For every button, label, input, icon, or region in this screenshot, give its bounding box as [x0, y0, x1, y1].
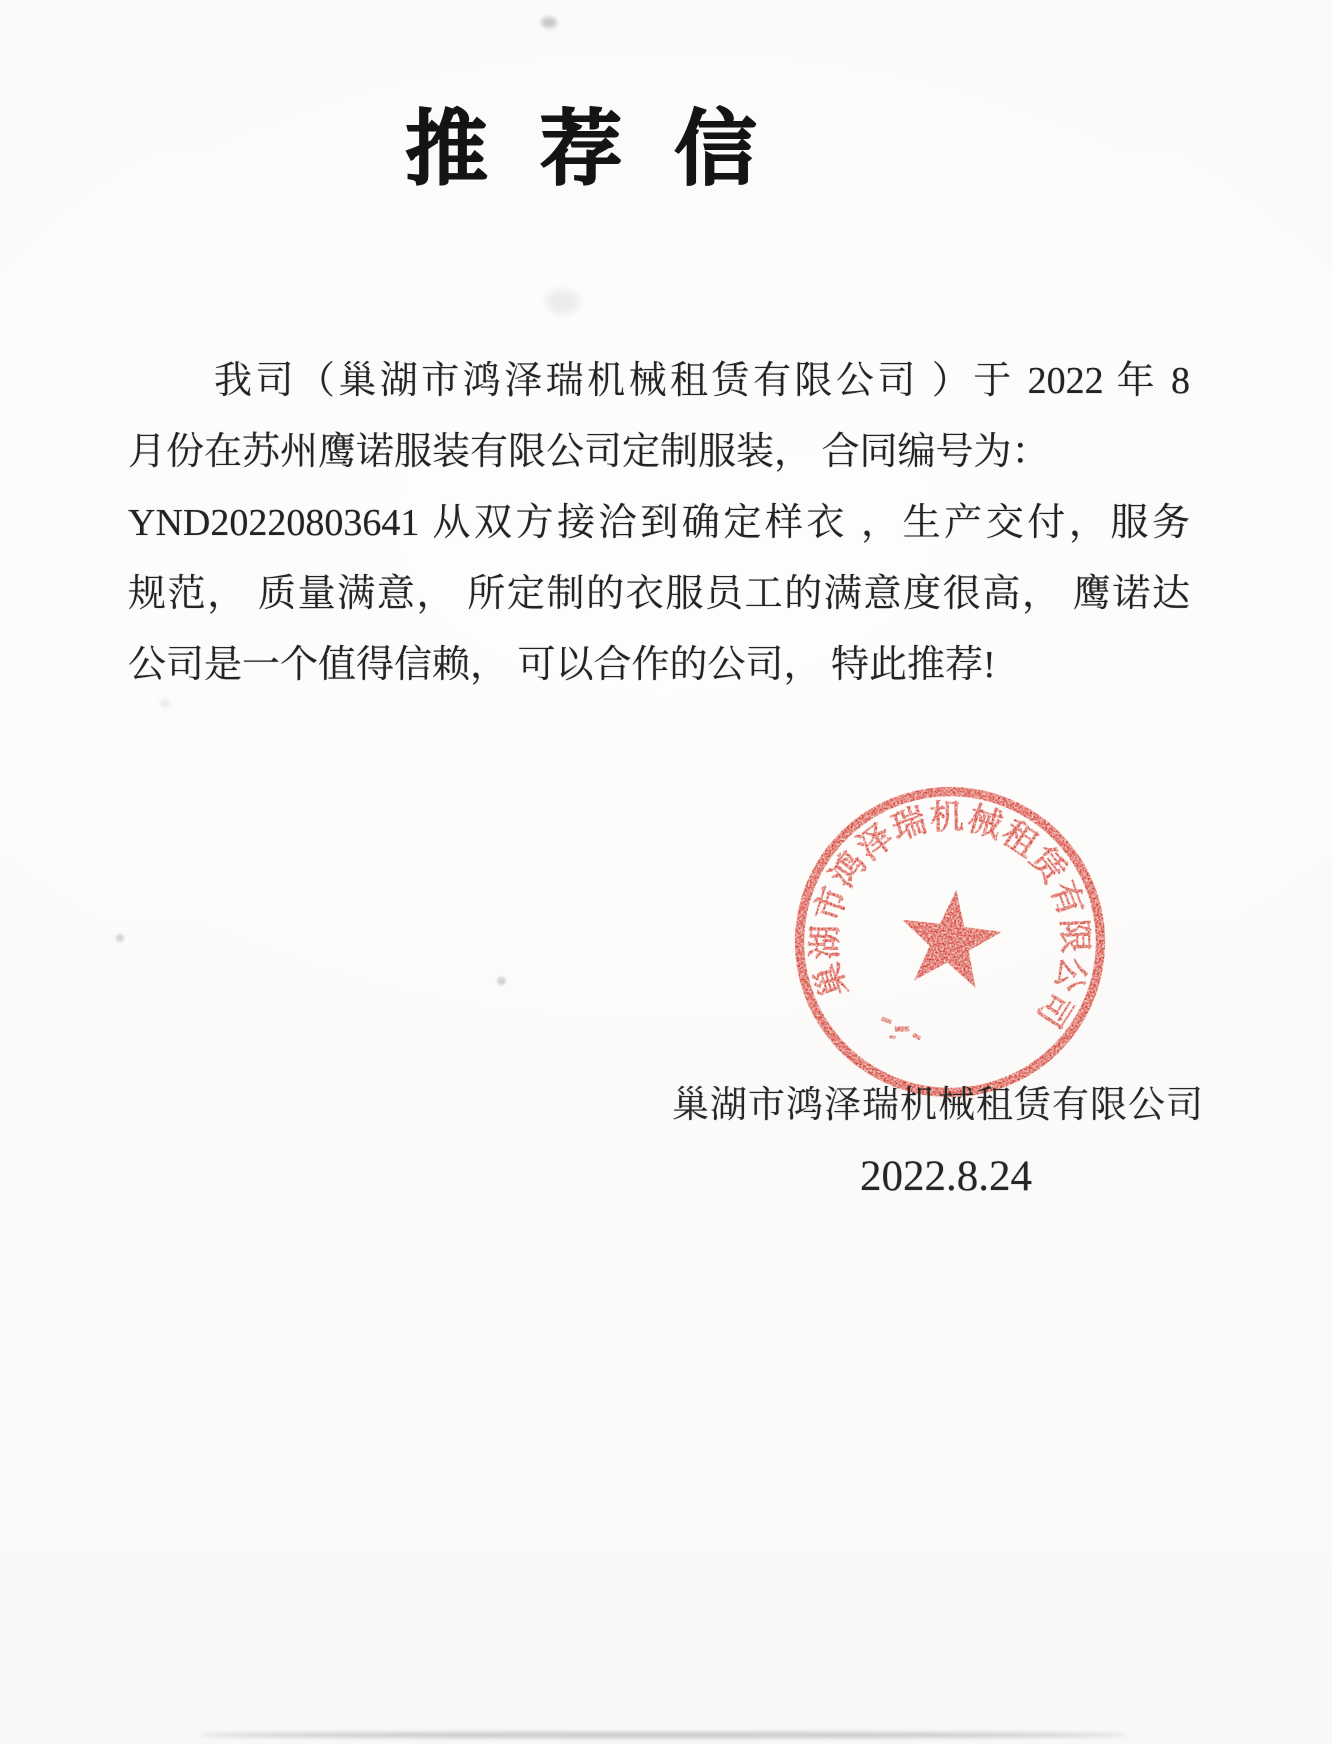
scan-smudge — [541, 17, 557, 28]
body-line-1: 我司（巢湖市鸿泽瑞机械租赁有限公司 ）于 2022 年 8 — [128, 346, 1190, 417]
stamp-star-icon — [895, 884, 1006, 991]
scan-smudge — [497, 977, 506, 985]
body-line-2: 月份在苏州鹰诺服装有限公司定制服装， 合同编号为： — [128, 417, 1190, 488]
scan-bottom-edge-shadow — [198, 1732, 1128, 1738]
signature-date: 2022.8.24 — [860, 1152, 1032, 1201]
signature-company: 巢湖市鸿泽瑞机械租赁有限公司 — [672, 1074, 1204, 1128]
stamp-code-mark — [879, 1017, 923, 1043]
scanned-letter-page: 推 荐 信 我司（巢湖市鸿泽瑞机械租赁有限公司 ）于 2022 年 8 月份在苏… — [0, 0, 1332, 1744]
scan-smudge — [160, 700, 170, 707]
body-line-4: 规范， 质量满意， 所定制的衣服员工的满意度很高， 鹰诺达 — [128, 559, 1190, 630]
letter-body: 我司（巢湖市鸿泽瑞机械租赁有限公司 ）于 2022 年 8 月份在苏州鹰诺服装有… — [128, 346, 1190, 701]
body-line-5: 公司是一个值得信赖， 可以合作的公司， 特此推荐! — [128, 630, 1190, 701]
scan-smudge — [116, 934, 124, 942]
letter-title: 推 荐 信 — [0, 84, 1164, 201]
body-line-3: YND20220803641 从双方接洽到确定样衣 ，生产交付，服务 — [128, 488, 1190, 559]
scan-smudge — [546, 290, 580, 314]
